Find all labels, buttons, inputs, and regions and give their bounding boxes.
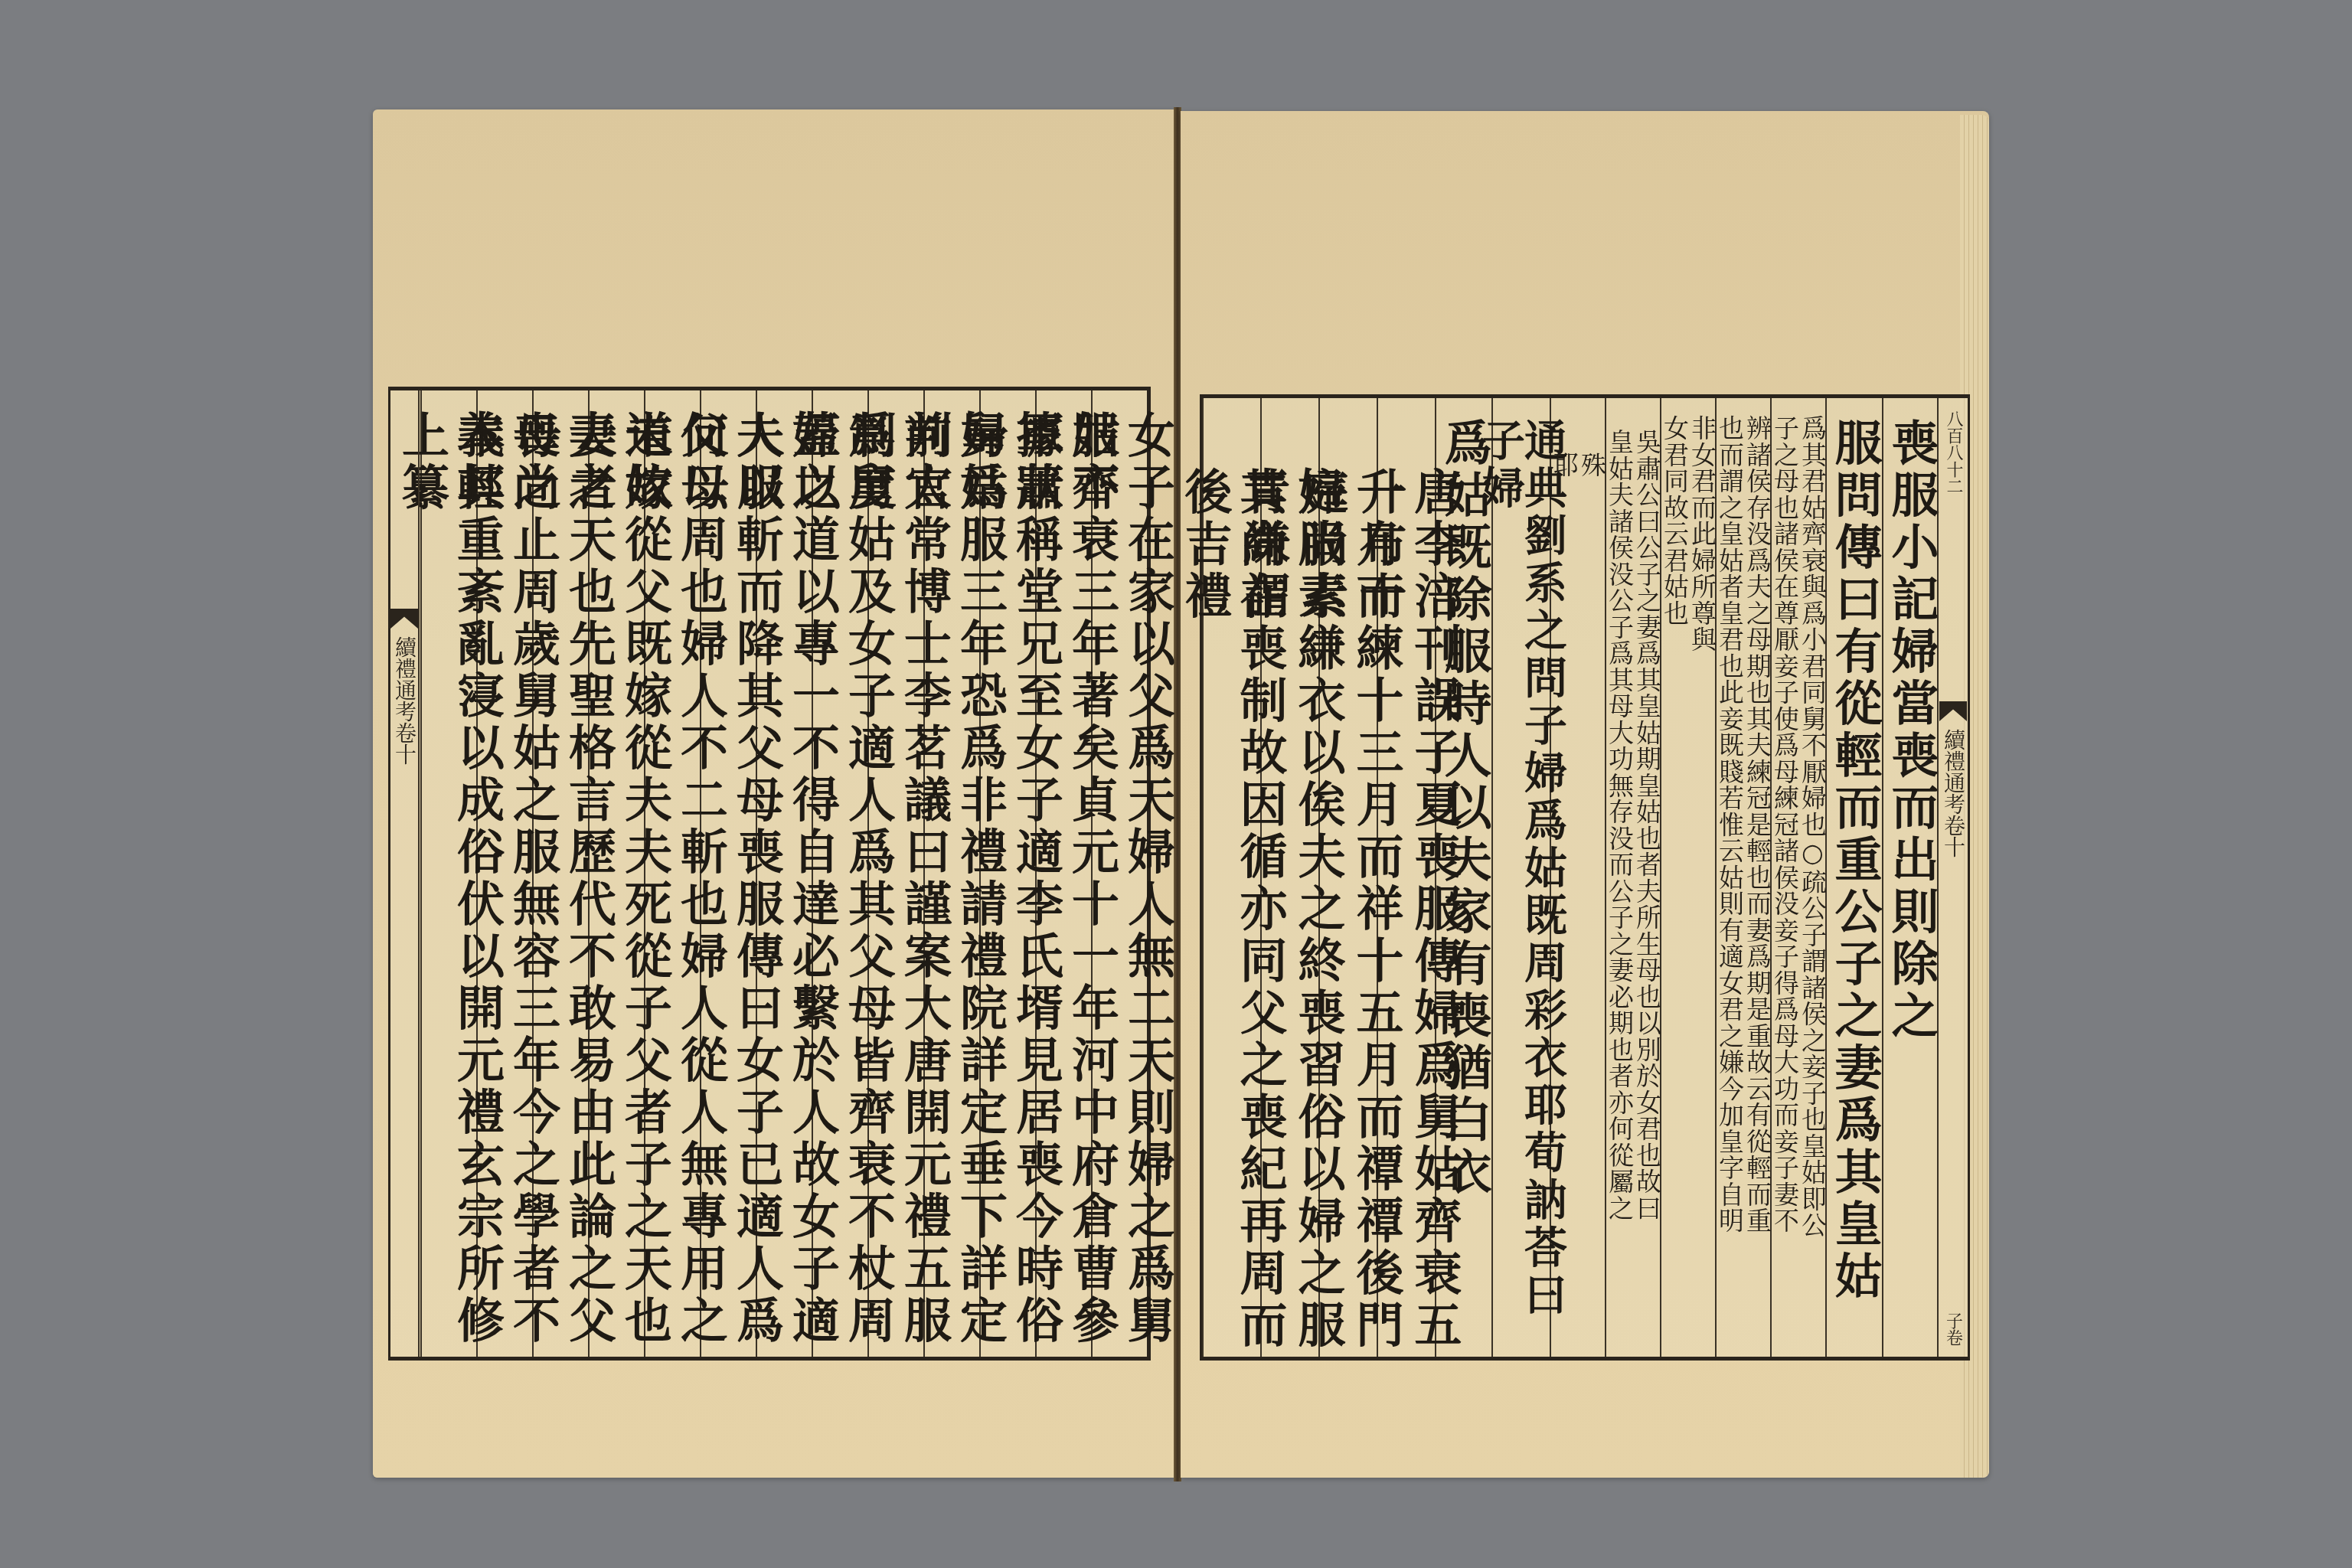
- text-column: 其尚在喪制故因循亦同父之喪紀再周而後吉禮: [1202, 398, 1260, 1357]
- annotation-text: 皇姑夫諸侯没公子爲其母大功無存没而公子之妻必期也者亦何從屬之: [1606, 429, 1632, 1357]
- column-text: 服問傳曰有從輕而重公子之妻爲其皇姑: [1827, 418, 1882, 1303]
- annotation-text: 子之母也諸侯在尊厭妾子使爲母練冠諸侯没妾子得爲母大功而妾子妻不: [1772, 415, 1798, 1357]
- annotation-column: 非女君而此婦所尊與 女君同故云君姑也: [1660, 398, 1715, 1357]
- left-text-frame: 女子在家以父爲天婦人無二天則婦之爲舅姑不 服齊衰三年著矣貞元十一年河中府倉曹參軍…: [388, 387, 1151, 1361]
- column-text: 其尚在喪制故因循亦同父之喪紀再周而後吉禮: [1177, 398, 1287, 1357]
- annotation-column: 吳肅公曰公子之妻爲其皇姑期皇姑也者夫所生母也以別於女君也故曰 皇姑夫諸侯没公子爲…: [1605, 398, 1660, 1357]
- fold-margin-title: 續禮通考卷十: [1942, 729, 1965, 857]
- annotation-column: 爲其君姑齊衰與爲小君同舅不厭婦也○疏公子謂諸侯之妾子也皇姑即公 子之母也諸侯在尊…: [1770, 398, 1825, 1357]
- fish-tail-mark-icon: [1939, 701, 1967, 721]
- annotation-text: 也而謂之皇姑者皇君也此妾既賤若惟云姑則有適女君之嫌今加皇字自明: [1717, 415, 1743, 1357]
- annotation-text: 吳肅公曰公子之妻爲其皇姑期皇姑也者夫所生母也以別於女君也故曰: [1634, 429, 1660, 1357]
- right-text-frame: 喪服小記婦當喪而出則除之 服問傳曰有從輕而重公子之妻爲其皇姑 爲其君姑齊衰與爲小…: [1200, 394, 1970, 1361]
- text-column: 通典劉系之問子婦爲姑既周彩衣耶荀訥荅曰子婦: [1491, 398, 1550, 1357]
- annotation-text: 殊: [1579, 452, 1605, 1357]
- annotation-column: 辨諸侯存没爲夫之母期也其夫練冠是輕也而妻爲期是重故云有從輕而重 也而謂之皇姑者皇…: [1715, 398, 1770, 1357]
- right-fold-margin: 八百八十二 續禮通考卷十 子卷: [1937, 398, 1968, 1357]
- column-text: 喪服小記婦當喪而出則除之: [1883, 418, 1939, 1043]
- fold-margin-title: 續禮通考卷十: [393, 636, 416, 765]
- fish-tail-mark-icon: [390, 609, 418, 629]
- text-column: 服問傳曰有從輕而重公子之妻爲其皇姑: [1825, 398, 1882, 1357]
- annotation-text: 爲其君姑齊衰與爲小君同舅不厭婦也○疏公子謂諸侯之妾子也皇姑即公: [1799, 415, 1825, 1357]
- text-column: 義輕重紊亂寖以成俗伏以開元禮玄宗所修上纂: [420, 390, 476, 1357]
- fold-margin-bottom-mark: 子卷: [1942, 1312, 1965, 1346]
- annotation-text: 辨諸侯存没爲夫之母期也其夫練冠是輕也而妻爲期是重故云有從輕而重: [1744, 415, 1770, 1357]
- annotation-text: 非女君而此婦所尊與: [1689, 415, 1715, 1357]
- text-column: 喪服小記婦當喪而出則除之: [1882, 398, 1939, 1357]
- left-fold-margin: 續禮通考卷十: [390, 390, 420, 1357]
- page-number: 八百八十二: [1944, 410, 1962, 495]
- annotation-text: 女君同故云君姑也: [1661, 415, 1687, 1357]
